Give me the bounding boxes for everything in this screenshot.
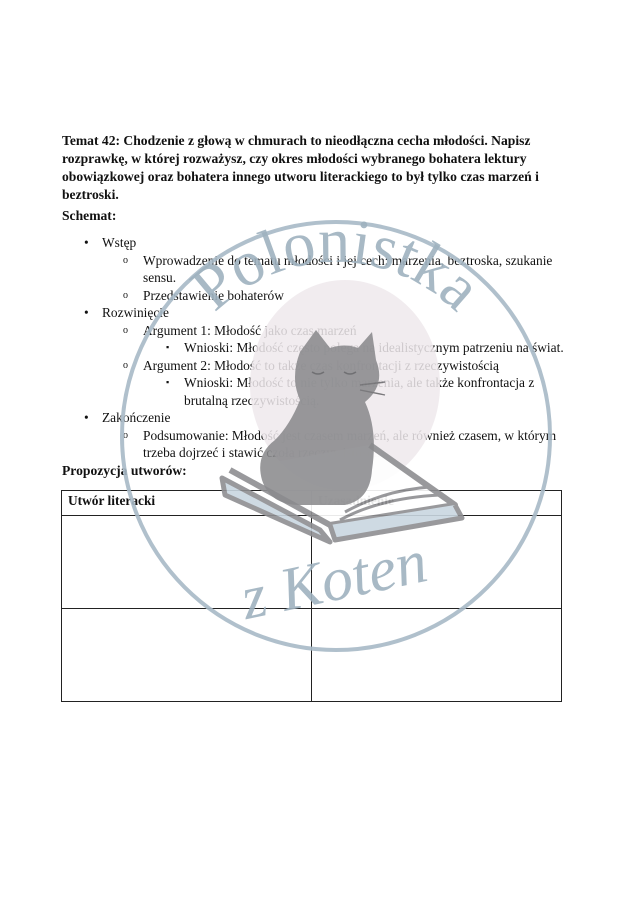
table-cell-justification[interactable] bbox=[312, 516, 562, 609]
bullet-square-icon: ▪ bbox=[166, 374, 169, 392]
outline-list: • Wstęp o Wprowadzenie do tematu młodośc… bbox=[0, 234, 636, 462]
bullet-circle-icon: o bbox=[123, 287, 128, 305]
table-row bbox=[62, 516, 562, 609]
bullet-circle-icon: o bbox=[123, 322, 128, 340]
outline-label: Wnioski: Młodość to nie tylko marzenia, … bbox=[184, 375, 534, 408]
outline-subsubitem: ▪ Wnioski: Młodość to nie tylko marzenia… bbox=[0, 374, 579, 409]
bullet-disc-icon: • bbox=[84, 234, 89, 252]
outline-label: Wprowadzenie do tematu młodości i jej ce… bbox=[143, 253, 552, 286]
outline-subitem: o Argument 1: Młodość jako czas marzeń bbox=[0, 322, 573, 340]
works-table: Utwór literacki Uzasadnienie bbox=[61, 490, 562, 702]
outline-item-body: • Rozwinięcie bbox=[0, 304, 636, 322]
bullet-circle-icon: o bbox=[123, 357, 128, 375]
table-row bbox=[62, 609, 562, 702]
outline-label: Argument 1: Młodość jako czas marzeń bbox=[143, 323, 357, 338]
outline-label: Zakończenie bbox=[102, 410, 170, 425]
schemat-label: Schemat: bbox=[62, 208, 116, 224]
bullet-circle-icon: o bbox=[123, 427, 128, 445]
bullet-square-icon: ▪ bbox=[166, 339, 169, 357]
topic-heading: Temat 42: Chodzenie z głową w chmurach t… bbox=[62, 132, 582, 204]
table-cell-justification[interactable] bbox=[312, 609, 562, 702]
outline-subitem: o Przedstawienie bohaterów bbox=[0, 287, 573, 305]
outline-subitem: o Wprowadzenie do tematu młodości i jej … bbox=[0, 252, 573, 287]
outline-subitem: o Argument 2: Młodość to także czas konf… bbox=[0, 357, 573, 375]
bullet-disc-icon: • bbox=[84, 409, 89, 427]
outline-item-conclusion: • Zakończenie bbox=[0, 409, 636, 427]
bullet-circle-icon: o bbox=[123, 252, 128, 270]
outline-subsubitem: ▪ Wnioski: Młodość często polega na idea… bbox=[0, 339, 579, 357]
table-cell-work[interactable] bbox=[62, 516, 312, 609]
bullet-disc-icon: • bbox=[84, 304, 89, 322]
outline-item-intro: • Wstęp bbox=[0, 234, 636, 252]
outline-label: Podsumowanie: Młodość jest czasem marzeń… bbox=[143, 428, 556, 461]
outline-label: Wnioski: Młodość często polega na ideali… bbox=[184, 340, 564, 355]
column-header-work: Utwór literacki bbox=[62, 491, 312, 516]
table-cell-work[interactable] bbox=[62, 609, 312, 702]
document-page: Temat 42: Chodzenie z głową w chmurach t… bbox=[0, 0, 636, 900]
outline-label: Przedstawienie bohaterów bbox=[143, 288, 284, 303]
outline-label: Wstęp bbox=[102, 235, 136, 250]
column-header-justification: Uzasadnienie bbox=[312, 491, 562, 516]
outline-subitem: o Podsumowanie: Młodość jest czasem marz… bbox=[0, 427, 573, 462]
proposals-label: Propozycja utworów: bbox=[62, 463, 187, 479]
table-header-row: Utwór literacki Uzasadnienie bbox=[62, 491, 562, 516]
outline-label: Rozwinięcie bbox=[102, 305, 169, 320]
outline-label: Argument 2: Młodość to także czas konfro… bbox=[143, 358, 499, 373]
